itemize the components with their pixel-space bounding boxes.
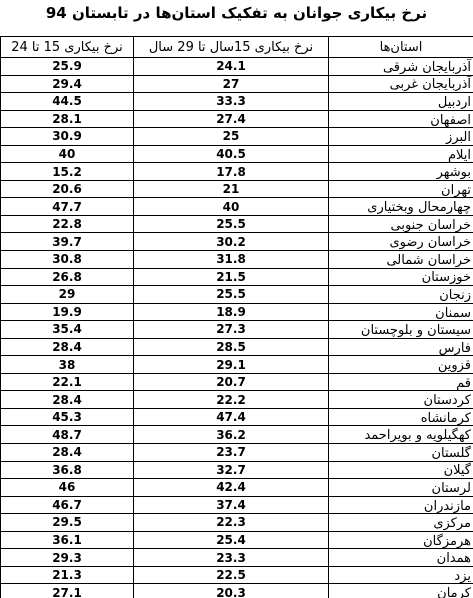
table-row: سیستان و بلوچستان27.335.4 [1,321,473,339]
cell-rate-15-24: 28.4 [1,444,134,462]
cell-province: فارس [329,338,473,356]
cell-rate-15-29: 20.3 [134,584,329,598]
cell-rate-15-24: 27.1 [1,584,134,598]
table-row: آذربایجان غربی2729.4 [1,75,473,93]
cell-province: اصفهان [329,110,473,128]
table-row: هرمزگان25.436.1 [1,531,473,549]
cell-province: خراسان شمالی [329,251,473,269]
cell-rate-15-29: 47.4 [134,408,329,426]
table-row: فارس28.528.4 [1,338,473,356]
cell-rate-15-24: 44.5 [1,93,134,111]
cell-rate-15-29: 18.9 [134,303,329,321]
table-row: گلستان23.728.4 [1,444,473,462]
cell-rate-15-24: 40 [1,145,134,163]
table-row: اردبیل33.344.5 [1,93,473,111]
table-row: ایلام40.540 [1,145,473,163]
cell-province: کهگیلویه و بویراحمد [329,426,473,444]
cell-province: زنجان [329,286,473,304]
cell-province: البرز [329,128,473,146]
cell-province: مرکزی [329,514,473,532]
table-row: سمنان18.919.9 [1,303,473,321]
cell-rate-15-29: 22.3 [134,514,329,532]
cell-rate-15-24: 20.6 [1,180,134,198]
cell-rate-15-29: 27 [134,75,329,93]
cell-province: چهارمحال وبختیاری [329,198,473,216]
table-row: زنجان25.529 [1,286,473,304]
cell-rate-15-29: 29.1 [134,356,329,374]
cell-rate-15-24: 30.9 [1,128,134,146]
cell-province: سمنان [329,303,473,321]
cell-rate-15-29: 27.3 [134,321,329,339]
cell-rate-15-24: 46.7 [1,496,134,514]
table-row: همدان23.329.3 [1,549,473,567]
cell-rate-15-29: 22.2 [134,391,329,409]
cell-rate-15-24: 29.5 [1,514,134,532]
cell-rate-15-24: 22.1 [1,373,134,391]
unemployment-table: استان‌ها نرخ بیکاری 15سال تا 29 سال نرخ … [0,36,473,598]
table-title: نرخ بیکاری جوانان به تفکیک استان‌ها در ت… [0,4,473,22]
cell-province: خوزستان [329,268,473,286]
cell-rate-15-24: 46 [1,479,134,497]
cell-rate-15-29: 25.5 [134,286,329,304]
table-row: خراسان شمالی31.830.8 [1,251,473,269]
cell-rate-15-29: 36.2 [134,426,329,444]
cell-province: خراسان جنوبی [329,215,473,233]
header-rate-15-24: نرخ بیکاری 15 تا 24 [1,37,134,58]
cell-rate-15-24: 25.9 [1,58,134,76]
table-row: چهارمحال وبختیاری4047.7 [1,198,473,216]
cell-province: اردبیل [329,93,473,111]
cell-province: تهران [329,180,473,198]
page: نرخ بیکاری جوانان به تفکیک استان‌ها در ت… [0,0,473,598]
cell-rate-15-24: 45.3 [1,408,134,426]
cell-rate-15-29: 23.7 [134,444,329,462]
table-row: تهران2120.6 [1,180,473,198]
cell-rate-15-29: 25.5 [134,215,329,233]
cell-province: آذربایجان غربی [329,75,473,93]
cell-rate-15-29: 42.4 [134,479,329,497]
cell-rate-15-24: 36.8 [1,461,134,479]
cell-rate-15-29: 23.3 [134,549,329,567]
cell-rate-15-24: 22.8 [1,215,134,233]
cell-province: همدان [329,549,473,567]
table-row: بوشهر17.815.2 [1,163,473,181]
cell-province: کرمانشاه [329,408,473,426]
cell-rate-15-29: 40.5 [134,145,329,163]
table-row: البرز2530.9 [1,128,473,146]
cell-province: آذربایجان شرقی [329,58,473,76]
table-row: خراسان رضوی30.239.7 [1,233,473,251]
cell-rate-15-29: 32.7 [134,461,329,479]
cell-rate-15-29: 25 [134,128,329,146]
table-body: آذربایجان شرقی24.125.9آذربایجان غربی2729… [1,58,473,598]
table-row: اصفهان27.428.1 [1,110,473,128]
header-rate-15-29: نرخ بیکاری 15سال تا 29 سال [134,37,329,58]
cell-rate-15-29: 24.1 [134,58,329,76]
cell-province: بوشهر [329,163,473,181]
table-row: خوزستان21.526.8 [1,268,473,286]
table-row: لرستان42.446 [1,479,473,497]
cell-rate-15-24: 15.2 [1,163,134,181]
cell-rate-15-24: 19.9 [1,303,134,321]
cell-rate-15-29: 20.7 [134,373,329,391]
cell-province: هرمزگان [329,531,473,549]
cell-rate-15-29: 31.8 [134,251,329,269]
cell-province: قزوین [329,356,473,374]
cell-rate-15-24: 29 [1,286,134,304]
cell-rate-15-29: 28.5 [134,338,329,356]
cell-province: کردستان [329,391,473,409]
cell-rate-15-24: 28.4 [1,338,134,356]
cell-province: کرمان [329,584,473,598]
cell-rate-15-29: 40 [134,198,329,216]
cell-rate-15-24: 35.4 [1,321,134,339]
cell-province: مازندران [329,496,473,514]
cell-rate-15-24: 28.1 [1,110,134,128]
cell-rate-15-24: 26.8 [1,268,134,286]
cell-province: گلستان [329,444,473,462]
cell-rate-15-24: 29.4 [1,75,134,93]
cell-province: خراسان رضوی [329,233,473,251]
cell-rate-15-29: 22.5 [134,566,329,584]
cell-rate-15-29: 21.5 [134,268,329,286]
table-row: کردستان22.228.4 [1,391,473,409]
cell-rate-15-24: 47.7 [1,198,134,216]
header-row: استان‌ها نرخ بیکاری 15سال تا 29 سال نرخ … [1,37,473,58]
table-row: مازندران37.446.7 [1,496,473,514]
cell-province: ایلام [329,145,473,163]
cell-rate-15-24: 48.7 [1,426,134,444]
table-row: خراسان جنوبی25.522.8 [1,215,473,233]
cell-rate-15-24: 36.1 [1,531,134,549]
cell-rate-15-24: 39.7 [1,233,134,251]
cell-province: قم [329,373,473,391]
cell-rate-15-29: 25.4 [134,531,329,549]
table-row: قم20.722.1 [1,373,473,391]
header-provinces: استان‌ها [329,37,473,58]
cell-province: سیستان و بلوچستان [329,321,473,339]
table-row: گیلان32.736.8 [1,461,473,479]
cell-rate-15-29: 30.2 [134,233,329,251]
table-row: کهگیلویه و بویراحمد36.248.7 [1,426,473,444]
cell-rate-15-24: 29.3 [1,549,134,567]
table-row: یزد22.521.3 [1,566,473,584]
cell-rate-15-24: 21.3 [1,566,134,584]
cell-rate-15-29: 21 [134,180,329,198]
cell-rate-15-24: 38 [1,356,134,374]
cell-province: لرستان [329,479,473,497]
cell-rate-15-24: 30.8 [1,251,134,269]
table-row: کرمانشاه47.445.3 [1,408,473,426]
table-row: قزوین29.138 [1,356,473,374]
cell-rate-15-29: 33.3 [134,93,329,111]
cell-rate-15-24: 28.4 [1,391,134,409]
cell-rate-15-29: 27.4 [134,110,329,128]
cell-province: گیلان [329,461,473,479]
table-row: آذربایجان شرقی24.125.9 [1,58,473,76]
cell-rate-15-29: 17.8 [134,163,329,181]
table-row: کرمان20.327.1 [1,584,473,598]
cell-province: یزد [329,566,473,584]
table-row: مرکزی22.329.5 [1,514,473,532]
cell-rate-15-29: 37.4 [134,496,329,514]
